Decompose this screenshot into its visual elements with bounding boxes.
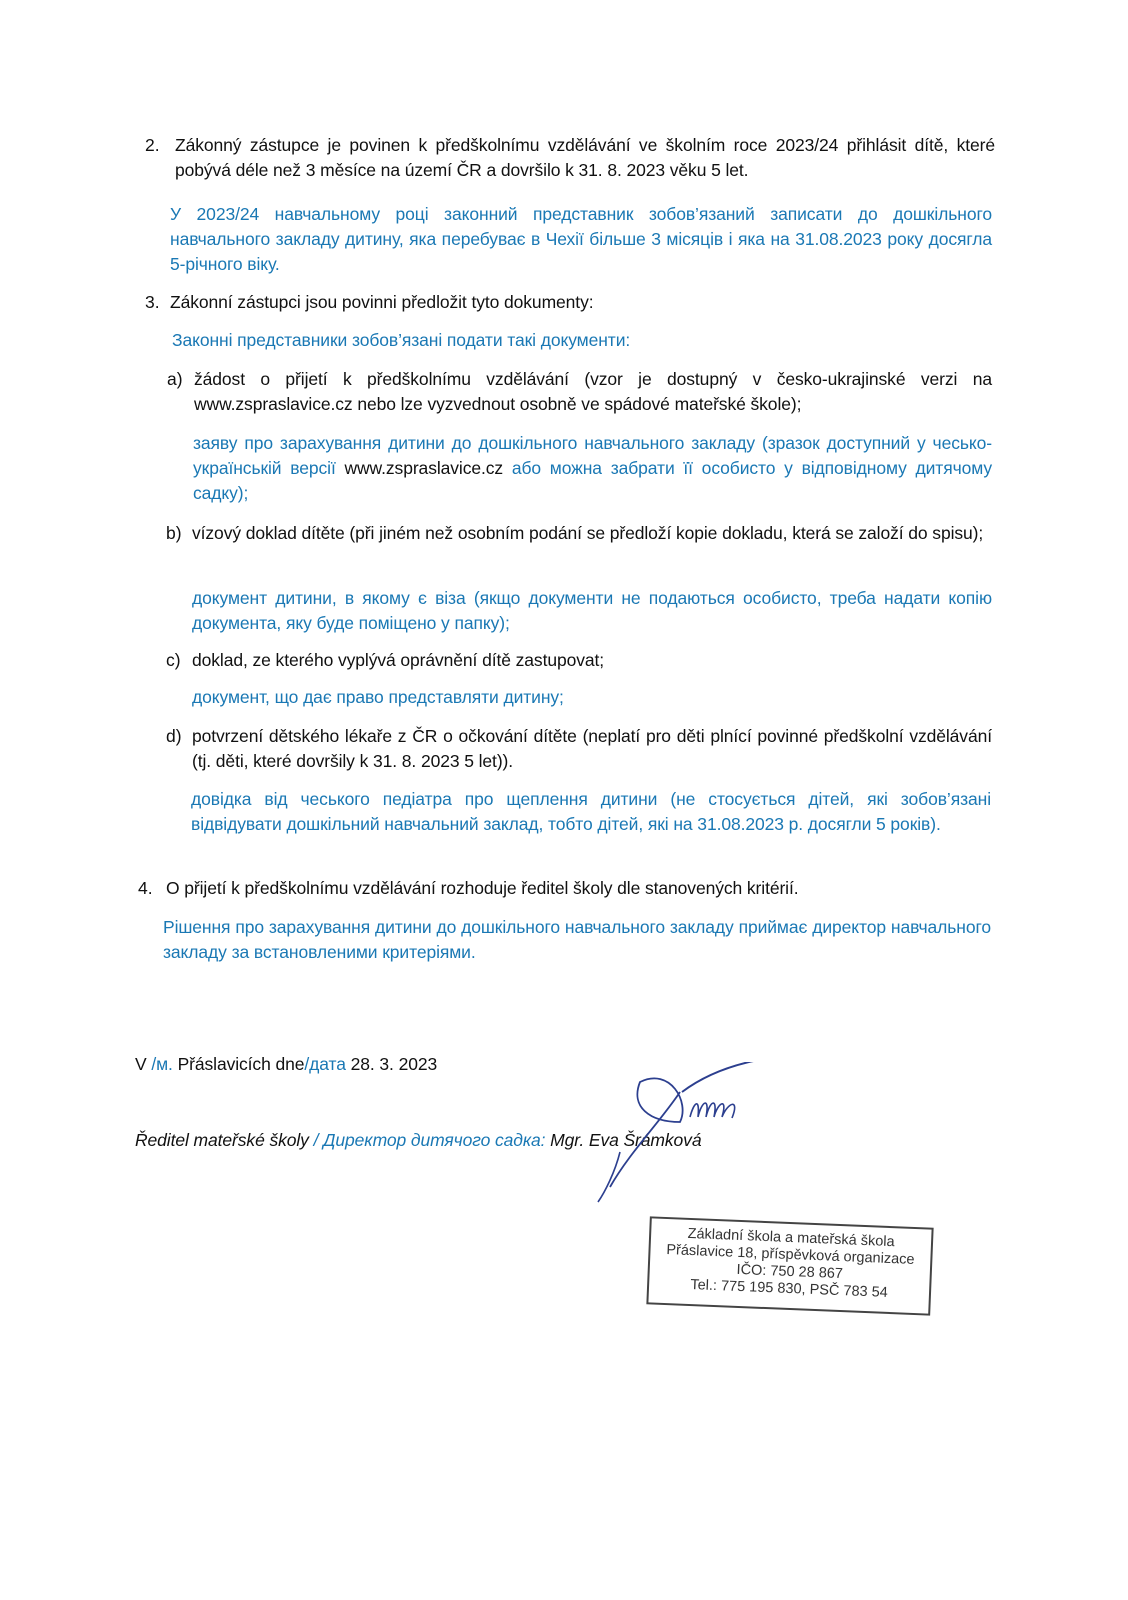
item-number: 2.	[145, 133, 160, 158]
school-stamp: Základní škola a mateřská škola Přáslavi…	[646, 1216, 933, 1315]
item-4-ukrainian: Рішення про зарахування дитини до дошкіл…	[163, 915, 991, 965]
subitem-a-czech: žádost o přijetí k předškolnímu vzdělává…	[194, 367, 992, 417]
item-2-czech: Zákonný zástupce je povinen k předškolní…	[175, 133, 995, 183]
item-2-ukrainian: У 2023/24 навчальному році законний пред…	[170, 202, 992, 277]
item-number: 4.	[138, 876, 153, 901]
date-value: 28. 3. 2023	[351, 1054, 437, 1074]
item-4-czech: O přijetí k předškolnímu vzdělávání rozh…	[166, 876, 991, 901]
subitem-d-ukrainian: довідка від чеського педіатра про щеплен…	[191, 787, 991, 837]
handwritten-signature-icon	[590, 1062, 850, 1212]
place-prefix-ukrainian: /м.	[151, 1054, 172, 1074]
place-name: Přáslavicích dne	[178, 1054, 305, 1074]
subitem-c-czech: doklad, ze kterého vyplývá oprávnění dít…	[192, 648, 992, 673]
subitem-letter: b)	[166, 521, 182, 546]
director-role-czech: Ředitel mateřské školy	[135, 1130, 309, 1150]
subitem-a-ukrainian: заяву про зарахування дитини до дошкільн…	[193, 431, 992, 506]
place-prefix: V	[135, 1054, 147, 1074]
place-date-line: V /м. Přáslavicích dne/дата 28. 3. 2023	[135, 1052, 635, 1077]
date-label-ukrainian: /дата	[304, 1054, 345, 1074]
subitem-d-czech: potvrzení dětského lékaře z ČR o očkován…	[192, 724, 992, 774]
subitem-c-ukrainian: документ, що дає право представляти дити…	[192, 685, 992, 710]
document-page: 2. Zákonný zástupce je povinen k předško…	[0, 0, 1128, 1600]
subitem-letter: d)	[166, 724, 182, 749]
item-3-czech: Zákonní zástupci jsou povinni předložit …	[170, 290, 990, 315]
subitem-b-ukrainian: документ дитини, в якому є віза (якщо до…	[192, 586, 992, 636]
subitem-letter: a)	[167, 367, 183, 392]
website-link[interactable]: www.zspraslavice.cz	[344, 458, 503, 478]
item-3-ukrainian: Законні представники зобов’язані подати …	[172, 328, 992, 353]
director-role-ukrainian: / Директор дитячого садка:	[314, 1130, 546, 1150]
subitem-b-czech: vízový doklad dítěte (při jiném než osob…	[192, 521, 992, 546]
subitem-letter: c)	[166, 648, 181, 673]
item-number: 3.	[145, 290, 160, 315]
